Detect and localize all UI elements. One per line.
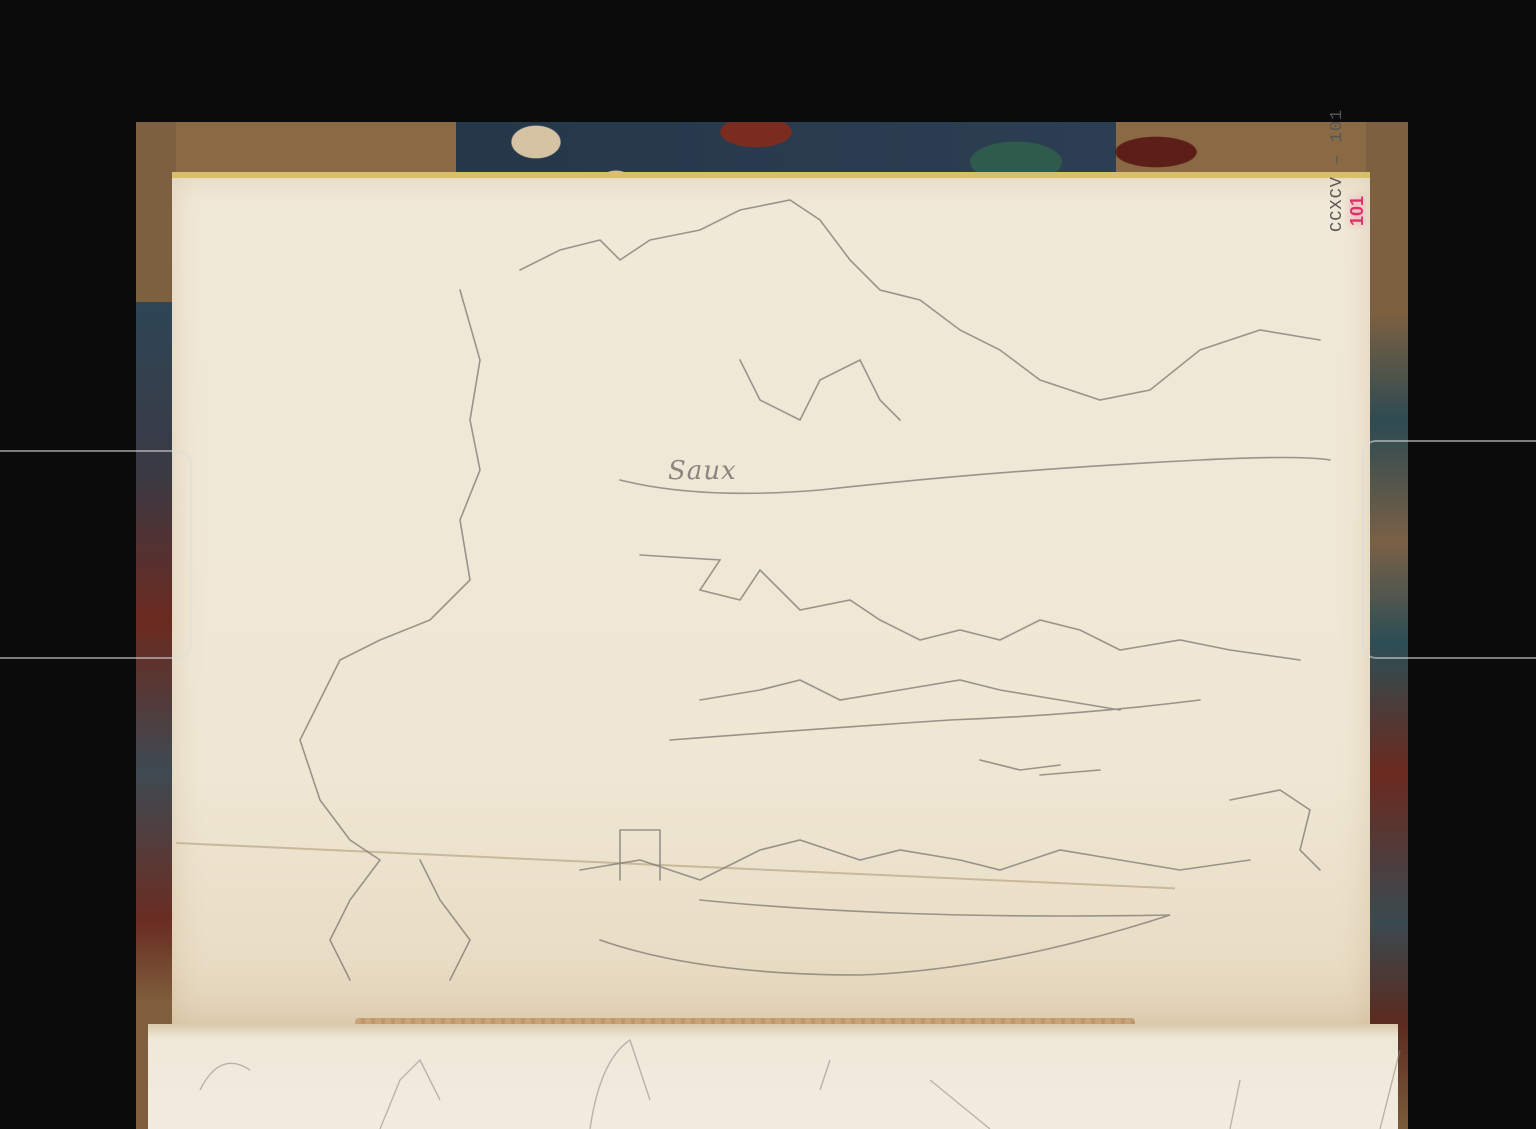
sketchbook-photo: Saux 101 CCXCV – 101 <box>0 0 1536 1129</box>
catalog-label: CCXCV – 101 <box>1328 109 1347 232</box>
left-page-clip <box>0 450 192 659</box>
right-page-clip <box>1362 440 1536 659</box>
pencil-sketch <box>0 0 1536 1129</box>
folio-number: 101 <box>1347 196 1368 226</box>
pencil-inscription: Saux <box>668 456 737 486</box>
